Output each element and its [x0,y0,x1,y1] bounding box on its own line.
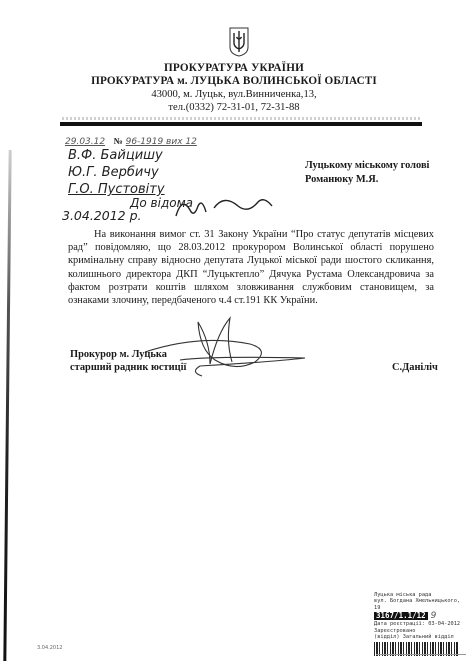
stamp-page-mark: 9 [431,611,437,621]
signer-name: С.Даніліч [392,362,438,373]
letterhead-line2: ПРОКУРАТУРА м. ЛУЦЬКА ВОЛИНСЬКОЇ ОБЛАСТІ [0,75,468,87]
header-dotted-line [62,117,422,120]
registration-date: 29.03.12 [65,137,105,147]
letterhead-line1: ПРОКУРАТУРА УКРАЇНИ [0,62,468,74]
resolution-line1: В.Ф. Байцишу [68,148,163,163]
resolution-line2: Ю.Г. Вербичу [68,165,159,180]
registration-line: 29.03.12 № 96-1919 вих 12 [65,136,197,147]
trident-emblem-icon [228,27,250,57]
stamp-line2: вул. Богдана Хмельницького, 19 [374,598,468,611]
resolution-line3: Г.О. Пустовіту [68,182,165,197]
signer-title-line1: Прокурор м. Луцька [70,349,167,360]
letter-body: На виконання вимог ст. 31 Закону України… [68,228,434,307]
letterhead-address: 43000, м. Луцьк, вул.Винниченка,13, [0,89,468,100]
addressee-line1: Луцькому міському голові [305,160,429,171]
resolution-date: 3.04.2012 р. [62,208,142,223]
stamp-reg-number: 3167/1.1/12 [374,612,428,620]
number-label: № [114,136,123,146]
registration-stamp: Луцька міська рада вул. Богдана Хмельниц… [374,592,468,652]
letterhead-phone: тел.(0332) 72-31-01, 72-31-88 [0,102,468,113]
stamp-department: (відділ) Загальний відділ [374,634,468,640]
visa-signature-icon [168,192,278,222]
scan-edge-shadow [3,150,11,661]
addressee-line2: Романюку М.Я. [305,174,378,185]
letter-paragraph: На виконання вимог ст. 31 Закону України… [68,229,434,306]
registration-number: 96-1919 вих 12 [126,137,197,147]
stamp-reg-date: Дата реєстрації: 03-04-2012 [374,621,468,627]
stamp-underline [376,654,466,655]
signer-title-line2: старший радник юстиції [70,362,186,373]
footnote-date: 3.04.2012 [37,645,62,651]
header-rule [60,122,422,126]
